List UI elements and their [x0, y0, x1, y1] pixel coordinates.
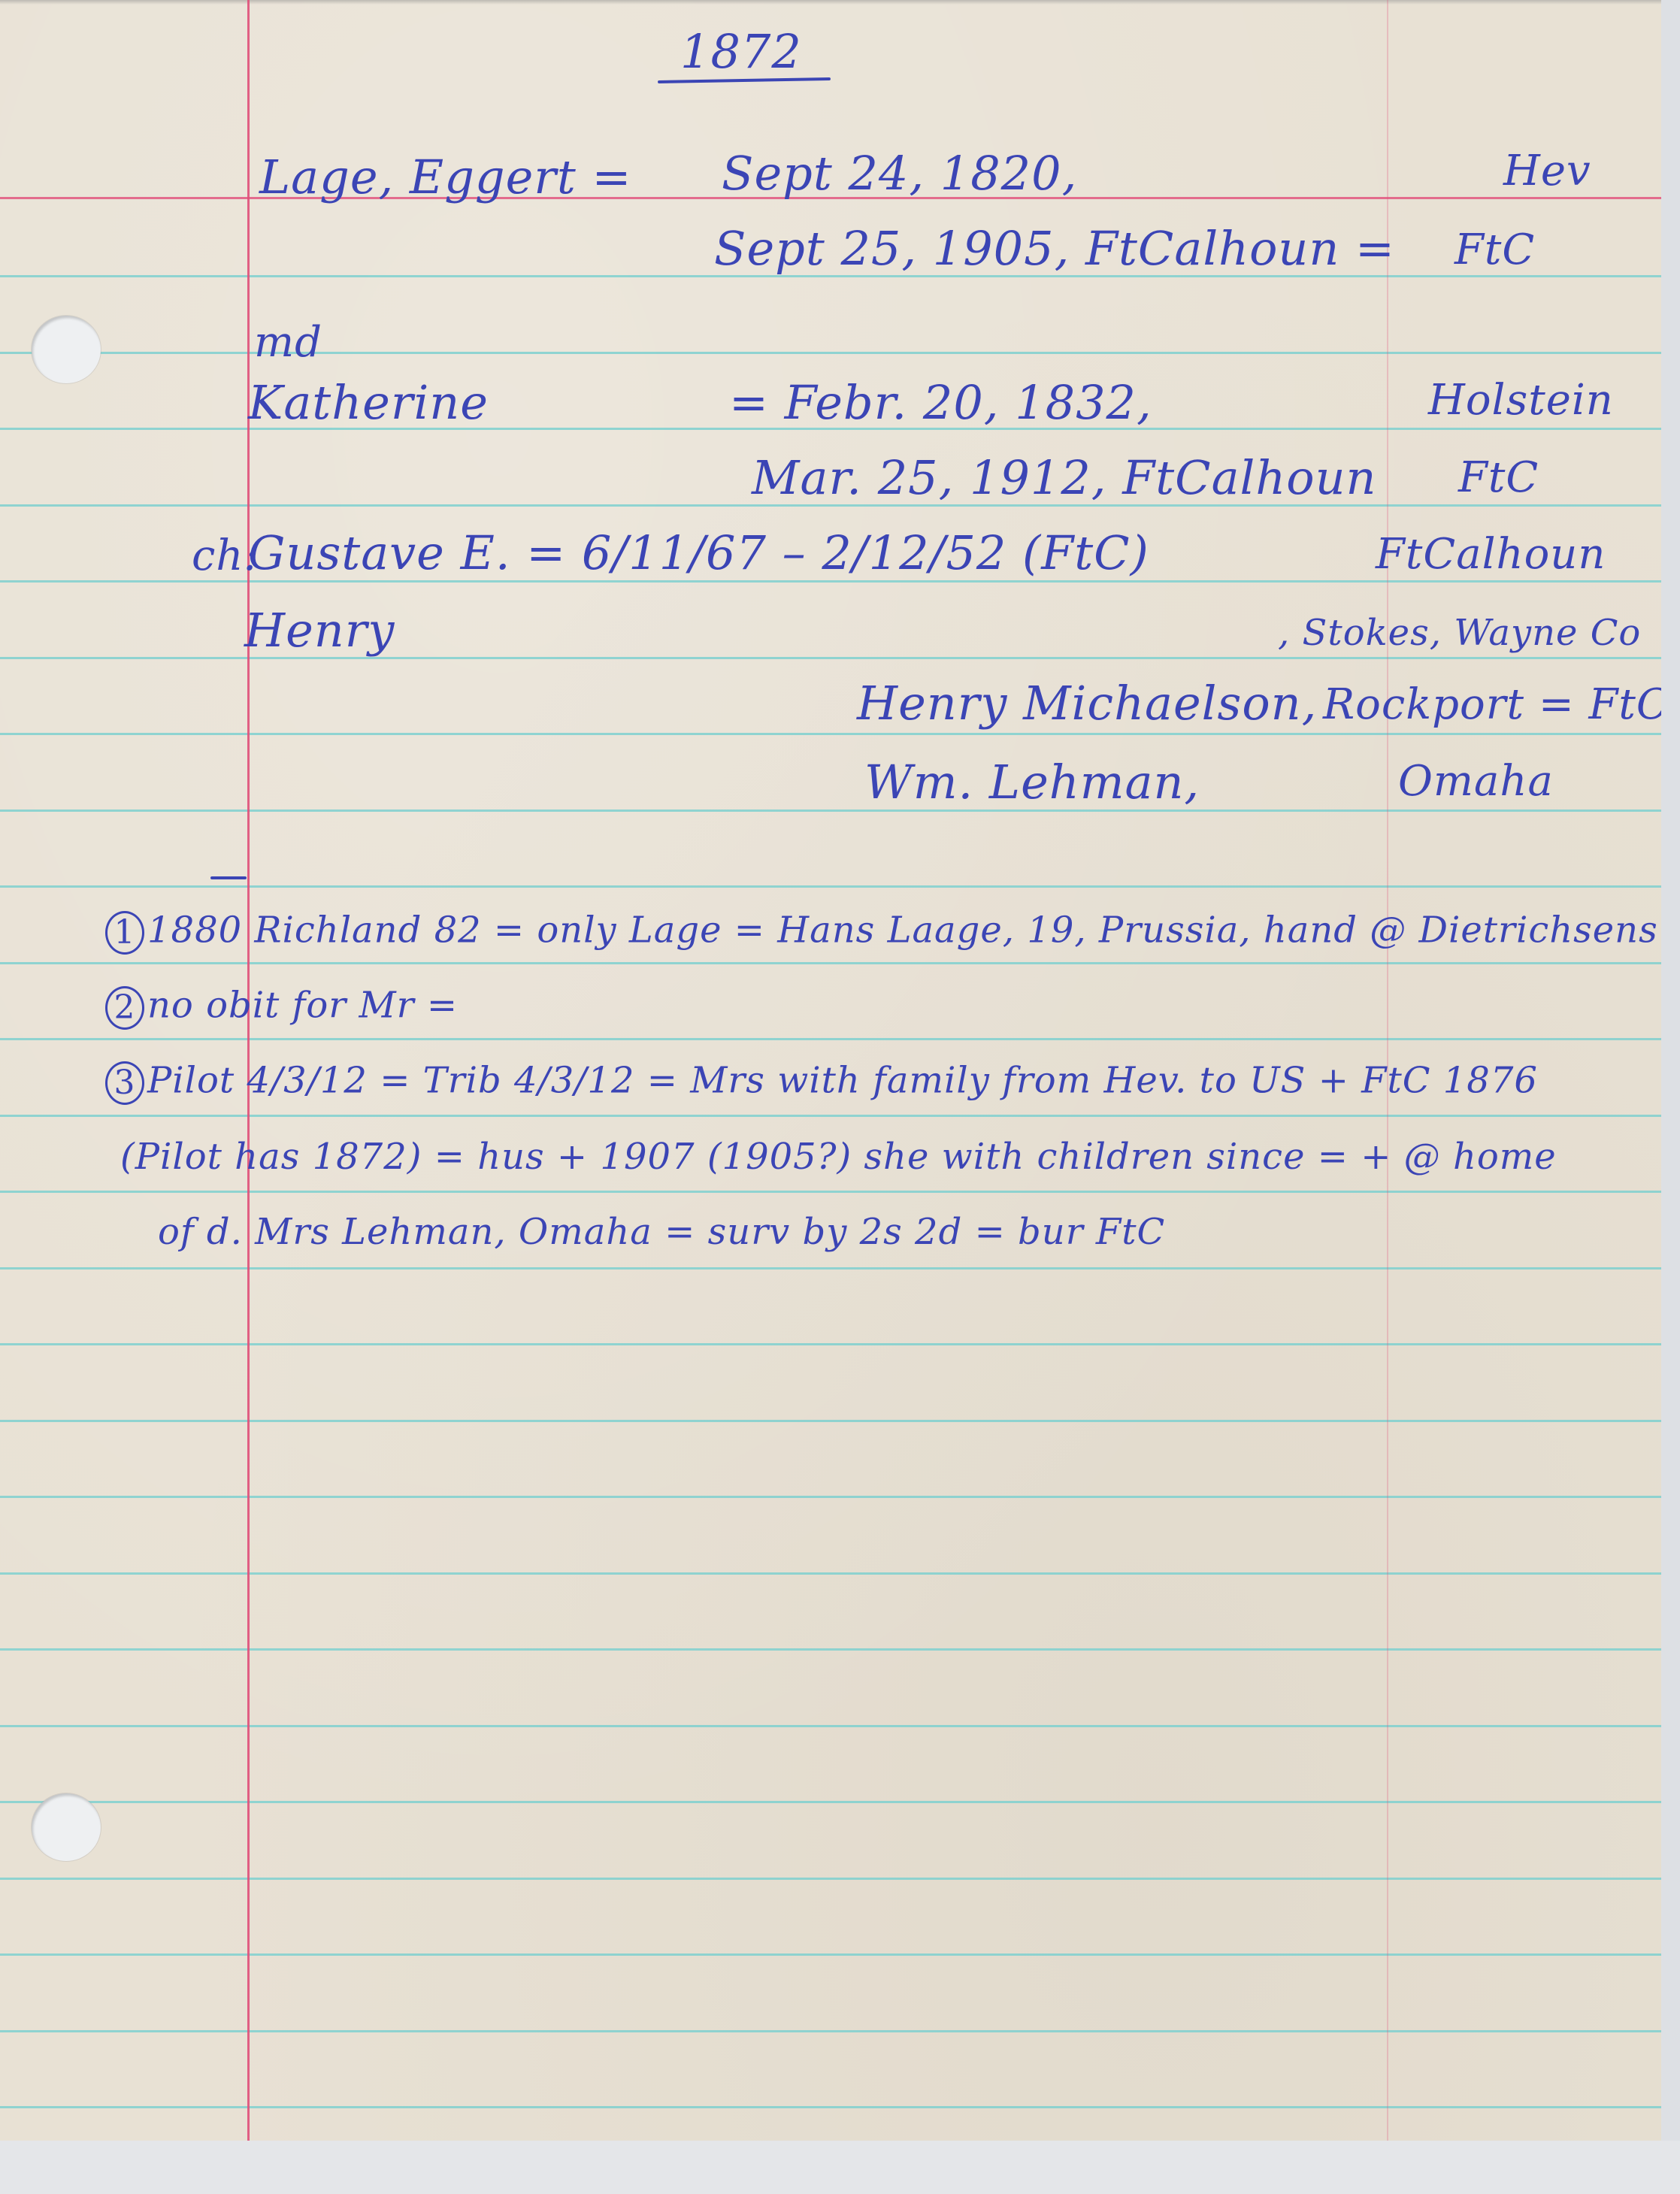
notebook-page: 1872 Lage, Eggert = Sept 24, 1820, Hev S…: [0, 0, 1661, 2141]
child-1-place: FtCalhoun: [1376, 534, 1606, 576]
note-3: 3Pilot 4/3/12 = Trib 4/3/12 = Mrs with f…: [105, 1061, 1538, 1105]
spouse-2-name: Wm. Lehman,: [864, 759, 1200, 806]
child-2: Henry: [244, 607, 395, 654]
header-year: 1872: [680, 29, 802, 75]
punch-hole-bottom: [32, 1793, 101, 1861]
note-3-number: 3: [105, 1061, 144, 1105]
entry-2-relation: md: [254, 322, 322, 364]
entry-2-birth: = Febr. 20, 1832,: [729, 380, 1152, 426]
note-3-line-3: of d. Mrs Lehman, Omaha = surv by 2s 2d …: [158, 1214, 1165, 1250]
note-2-number: 2: [105, 986, 144, 1030]
child-2-place: , Stokes, Wayne Co: [1278, 615, 1641, 651]
note-2-text: no obit for Mr =: [147, 985, 458, 1027]
entry-2-birth-place: Holstein: [1428, 380, 1614, 422]
section-divider: [210, 876, 247, 879]
entry-1-birth: Sept 24, 1820,: [722, 150, 1077, 197]
spouse-1-name: Henry Michaelson,: [857, 680, 1317, 727]
note-1-text: 1880 Richland 82 = only Lage = Hans Laag…: [147, 909, 1661, 952]
note-1-number: 1: [105, 911, 144, 955]
entry-2-death: Mar. 25, 1912, FtCalhoun: [752, 455, 1376, 501]
scan-background-bottom: [0, 2141, 1680, 2194]
entry-1-death: Sept 25, 1905, FtCalhoun =: [714, 225, 1395, 272]
entry-1-death-place: FtC: [1454, 229, 1535, 271]
spouse-2-place: Omaha: [1398, 761, 1554, 803]
spouse-1-place: Rockport = FtC: [1323, 684, 1661, 726]
punch-hole-top: [32, 316, 101, 383]
entry-2-name: Katherine: [248, 380, 489, 426]
child-1: Gustave E. = 6/11/67 – 2/12/52 (FtC): [248, 530, 1149, 576]
entry-2-death-place: FtC: [1458, 457, 1539, 499]
entry-1-birth-place: Hev: [1503, 150, 1591, 192]
note-1: 11880 Richland 82 = only Lage = Hans Laa…: [105, 911, 1661, 955]
scan-background-right: [1661, 0, 1680, 2194]
note-3-line-1: Pilot 4/3/12 = Trib 4/3/12 = Mrs with fa…: [147, 1060, 1538, 1102]
note-3-line-2: (Pilot has 1872) = hus + 1907 (1905?) sh…: [120, 1139, 1557, 1175]
note-2: 2no obit for Mr =: [105, 986, 458, 1030]
entry-1-name: Lage, Eggert =: [259, 154, 631, 201]
